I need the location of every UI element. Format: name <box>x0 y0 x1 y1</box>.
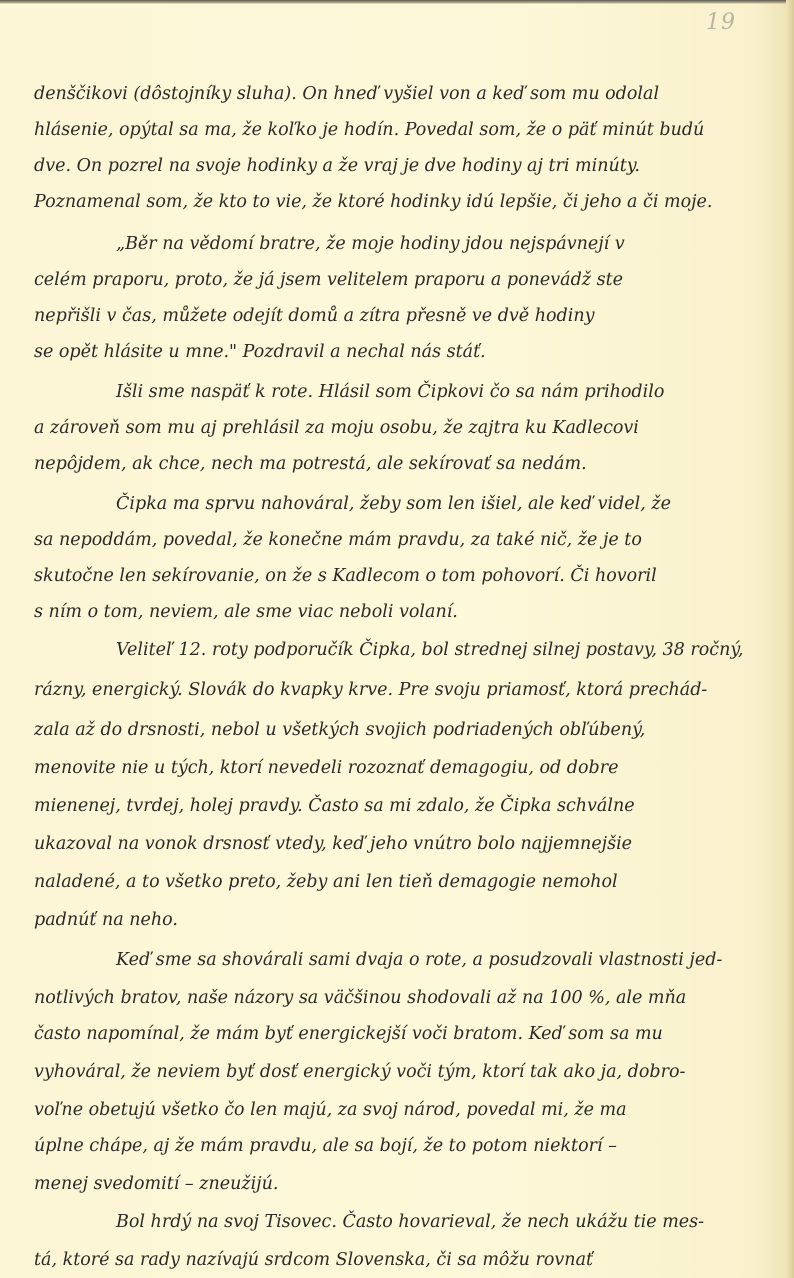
page-top-edge <box>0 0 794 4</box>
text-line: sa nepoddám, povedal, že konečne mám pra… <box>34 522 642 558</box>
text-line: skutočne len sekírovanie, on že s Kadlec… <box>34 558 657 594</box>
text-line: naladené, a to všetko preto, žeby ani le… <box>34 864 618 900</box>
text-line: se opět hlásite u mne." Pozdravil a nech… <box>34 334 486 370</box>
text-line: notlivých bratov, naše názory sa väčšino… <box>34 980 686 1016</box>
manuscript-page: 19 denščikovi (dôstojníky sluha). On hne… <box>0 0 794 1278</box>
page-number: 19 <box>706 10 736 35</box>
text-line: zala až do drsnosti, nebol u všetkých sv… <box>34 712 645 748</box>
text-line: menej svedomití – zneužijú. <box>34 1166 278 1202</box>
text-line: úplne chápe, aj že mám pravdu, ale sa bo… <box>34 1128 617 1164</box>
text-line: nepřišli v čas, můžete odejít domů a zít… <box>34 298 594 334</box>
text-line: mienenej, tvrdej, holej pravdy. Často sa… <box>34 788 635 824</box>
text-line: hlásenie, opýtal sa ma, že koľko je hodí… <box>34 112 704 148</box>
text-line: tá, ktoré sa rady nazívajú srdcom Sloven… <box>34 1242 593 1278</box>
text-line: padnúť na neho. <box>34 902 178 938</box>
text-line: rázny, energický. Slovák do kvapky krve.… <box>34 672 707 708</box>
text-line: nepôjdem, ak chce, nech ma potrestá, ale… <box>34 446 587 482</box>
text-line: „Běr na vědomí bratre, že moje hodiny jd… <box>34 226 625 262</box>
text-line: a zároveň som mu aj prehlásil za moju os… <box>34 410 639 446</box>
text-line: Veliteľ 12. roty podporučík Čipka, bol s… <box>34 632 743 668</box>
text-line: voľne obetujú všetko čo len majú, za svo… <box>34 1092 627 1128</box>
text-line: Bol hrdý na svoj Tisovec. Často hovariev… <box>34 1204 704 1240</box>
text-line: menovite nie u tých, ktorí nevedeli rozo… <box>34 750 618 786</box>
text-line: denščikovi (dôstojníky sluha). On hneď v… <box>34 76 659 112</box>
text-line: celém praporu, proto, že já jsem velitel… <box>34 262 623 298</box>
text-line: často napomínal, že mám byť energickejší… <box>34 1016 663 1052</box>
text-line: dve. On pozrel na svoje hodinky a že vra… <box>34 148 640 184</box>
text-line: ukazoval na vonok drsnosť vtedy, keď jeh… <box>34 826 632 862</box>
text-line: Poznamenal som, že kto to vie, že ktoré … <box>34 184 712 220</box>
text-line: Čipka ma sprvu nahováral, žeby som len i… <box>34 486 671 522</box>
page-right-edge <box>786 0 794 1278</box>
text-line: Keď sme sa shovárali sami dvaja o rote, … <box>34 942 722 978</box>
text-line: vyhováral, že neviem byť dosť energický … <box>34 1054 685 1090</box>
text-line: Išli sme naspäť k rote. Hlásil som Čipko… <box>34 374 664 410</box>
text-line: s ním o tom, neviem, ale sme viac neboli… <box>34 594 458 630</box>
